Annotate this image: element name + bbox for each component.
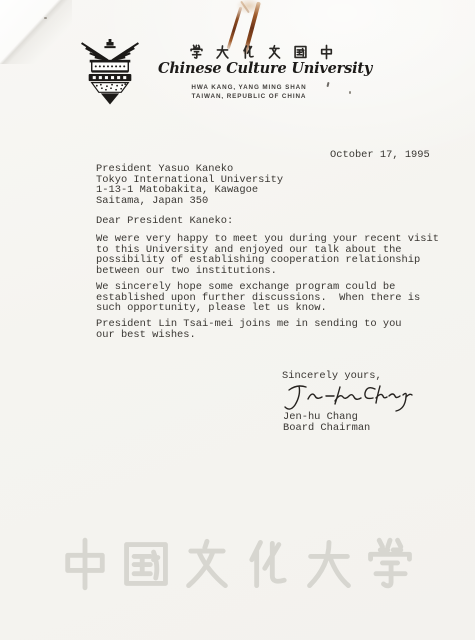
letterhead-address-line2: TAIWAN, REPUBLIC OF CHINA [158,93,340,100]
paper-speck [349,91,351,94]
paper-corner-fold [0,0,72,64]
signer-title: Board Chairman [283,423,370,434]
body-paragraph-3: President Lin Tsai-mei joins me in sendi… [96,319,402,340]
recipient-address-block: President Yasuo Kaneko Tokyo Internation… [96,164,283,207]
paper-speck [44,17,47,19]
letter-date: October 17, 1995 [330,150,430,161]
handwritten-signature [283,383,413,413]
body-paragraph-2: We sincerely hope some exchange program … [96,282,420,314]
university-crest-emblem [79,39,141,105]
watermark-university-name [56,534,422,596]
salutation: Dear President Kaneko: [96,216,233,227]
letterhead-address-line1: HWA KANG, YANG MING SHAN [158,84,340,91]
closing-phrase: Sincerely yours, [282,371,382,382]
cjk-letterhead-title [189,44,339,60]
body-paragraph-1: We were very happy to meet you during yo… [96,234,439,277]
letter-page: Chinese Culture University HWA KANG, YAN… [0,0,475,640]
university-name: Chinese Culture University [158,60,340,77]
